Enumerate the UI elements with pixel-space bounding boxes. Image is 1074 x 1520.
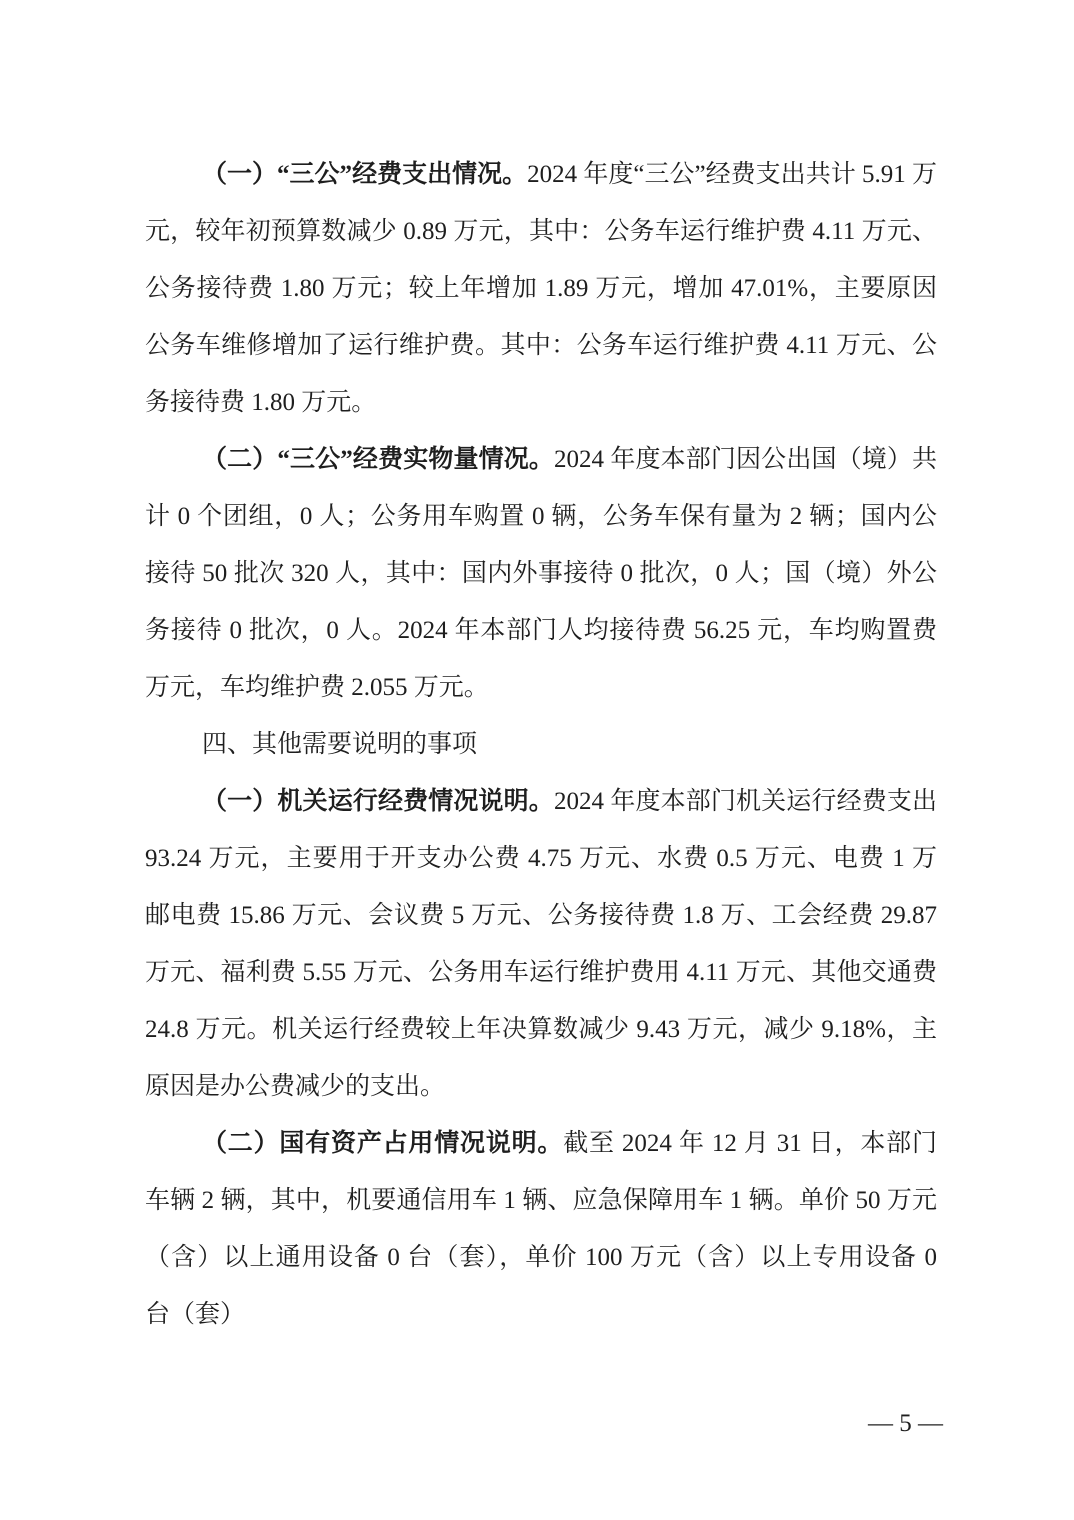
text-line: 邮电费 15.86 万元、会议费 5 万元、公务接待费 1.8 万、工会经费 2… [145, 887, 937, 944]
document-paragraph: （二）国有资产占用情况说明。截至 2024 年 12 月 31 日，本部门共有车… [145, 1115, 937, 1343]
bold-heading: （二）“三公”经费实物量情况。 [202, 446, 554, 473]
text-line: 车辆 2 辆，其中，机要通信用车 1 辆、应急保障用车 1 辆。单价 50 万元 [145, 1172, 937, 1229]
bold-heading: （一）“三公”经费支出情况。 [202, 161, 527, 188]
text-line: 公务接待费 1.80 万元；较上年增加 1.89 万元，增加 47.01%，主要… [145, 260, 937, 317]
document-page: （一）“三公”经费支出情况。2024 年度“三公”经费支出共计 5.91 万元，… [0, 0, 1074, 1520]
text-line: 接待 50 批次 320 人，其中：国内外事接待 0 批次，0 人；国（境）外公 [145, 545, 937, 602]
document-paragraph: （一）机关运行经费情况说明。2024 年度本部门机关运行经费支出93.24 万元… [145, 773, 937, 1115]
text-line: 公务车维修增加了运行维护费。其中：公务车运行维护费 4.11 万元、公 [145, 317, 937, 374]
text-line: 务接待费 1.80 万元。 [145, 374, 937, 431]
document-paragraph: 四、其他需要说明的事项 [145, 716, 937, 773]
text-line: 万元、福利费 5.55 万元、公务用车运行维护费用 4.11 万元、其他交通费 [145, 944, 937, 1001]
bold-heading: （一）机关运行经费情况说明。 [202, 788, 554, 815]
text-line: 计 0 个团组，0 人；公务用车购置 0 辆，公务车保有量为 2 辆；国内公务 [145, 488, 937, 545]
page-footer: — 5 — [868, 1404, 943, 1444]
text-line: （二）“三公”经费实物量情况。2024 年度本部门因公出国（境）共 [145, 431, 937, 488]
document-body: （一）“三公”经费支出情况。2024 年度“三公”经费支出共计 5.91 万元，… [145, 146, 937, 1343]
text-line: 元，较年初预算数减少 0.89 万元，其中：公务车运行维护费 4.11 万元、 [145, 203, 937, 260]
page-number: — 5 — [868, 1410, 943, 1437]
text-line: 务接待 0 批次，0 人。2024 年本部门人均接待费 56.25 元，车均购置… [145, 602, 937, 659]
text-line: 台（套） [145, 1286, 937, 1343]
text-line: 万元，车均维护费 2.055 万元。 [145, 659, 937, 716]
text-line: 原因是办公费减少的支出。 [145, 1058, 937, 1115]
text-line: （一）“三公”经费支出情况。2024 年度“三公”经费支出共计 5.91 万 [145, 146, 937, 203]
document-paragraph: （二）“三公”经费实物量情况。2024 年度本部门因公出国（境）共计 0 个团组… [145, 431, 937, 716]
text-line: 93.24 万元，主要用于开支办公费 4.75 万元、水费 0.5 万元、电费 … [145, 830, 937, 887]
text-line: （含）以上通用设备 0 台（套），单价 100 万元（含）以上专用设备 0 [145, 1229, 937, 1286]
bold-heading: （二）国有资产占用情况说明。 [202, 1130, 563, 1157]
text-line: 24.8 万元。机关运行经费较上年决算数减少 9.43 万元，减少 9.18%，… [145, 1001, 937, 1058]
document-paragraph: （一）“三公”经费支出情况。2024 年度“三公”经费支出共计 5.91 万元，… [145, 146, 937, 431]
text-line: （二）国有资产占用情况说明。截至 2024 年 12 月 31 日，本部门共有 [145, 1115, 937, 1172]
text-line: 四、其他需要说明的事项 [145, 716, 937, 773]
text-line: （一）机关运行经费情况说明。2024 年度本部门机关运行经费支出 [145, 773, 937, 830]
